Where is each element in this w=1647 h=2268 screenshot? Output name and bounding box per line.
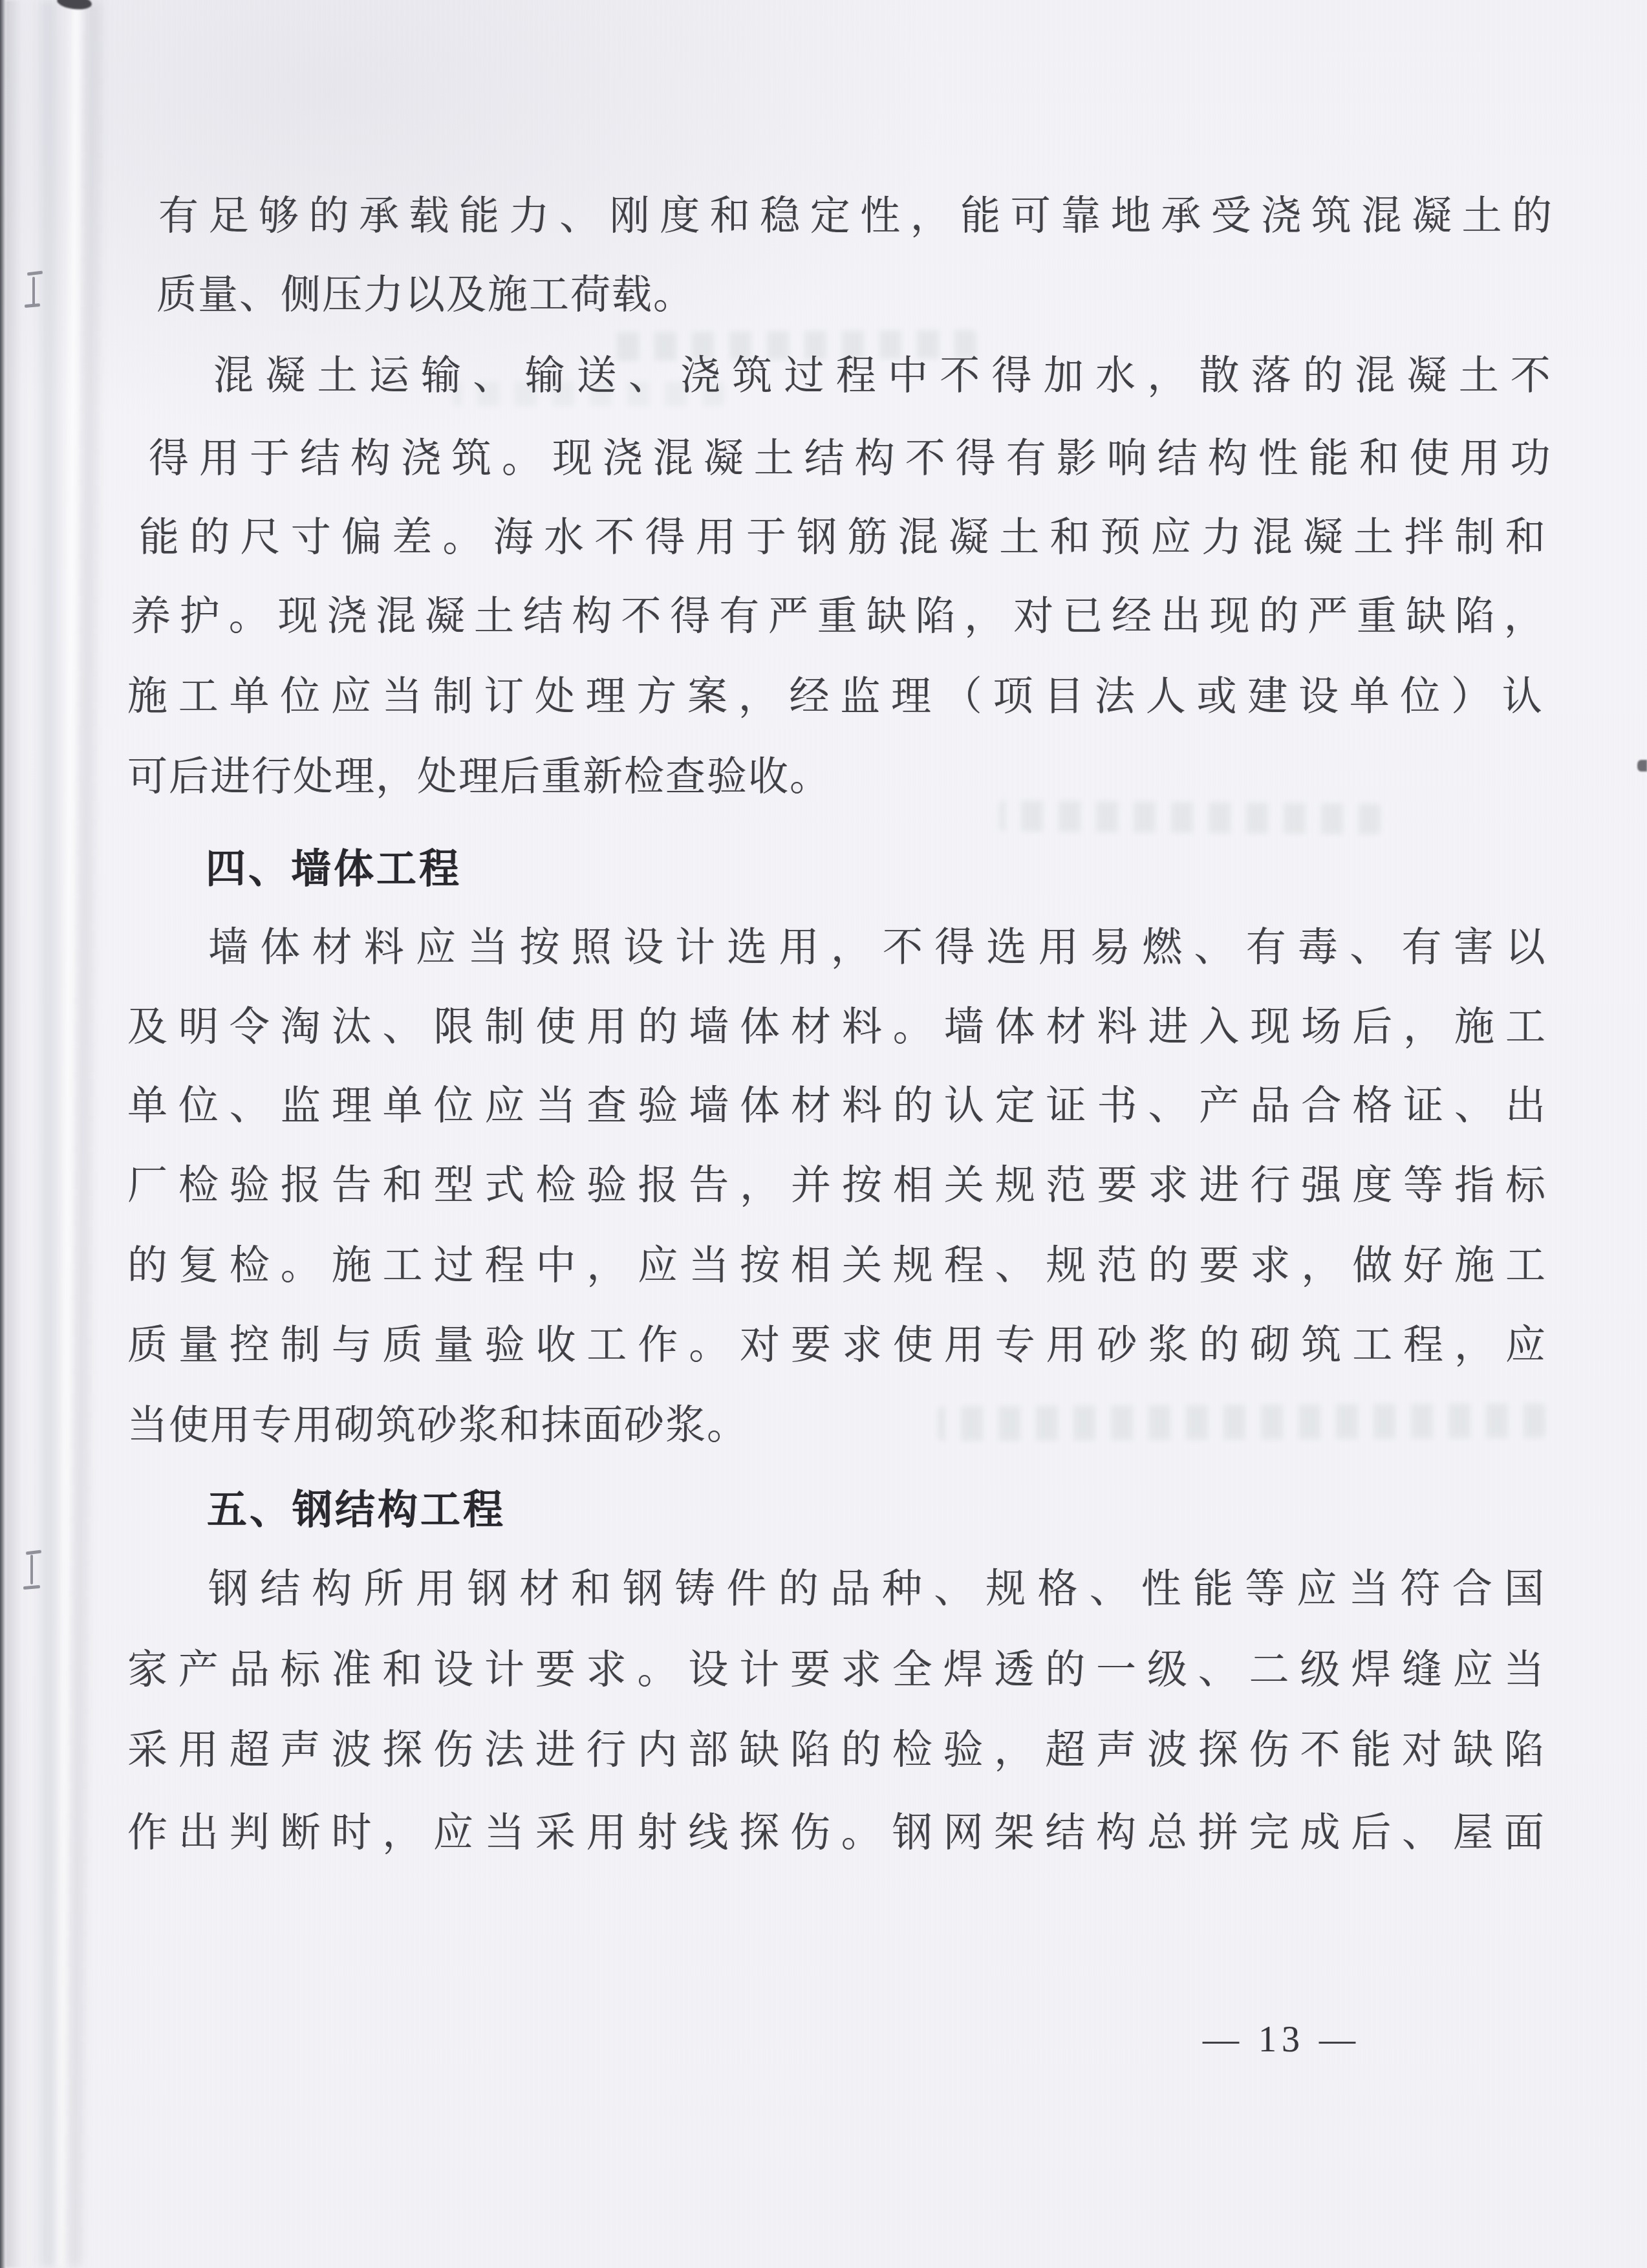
text-line: 墙体材料应当按照设计选用，不得选用易燃、有毒、有害以: [208, 927, 1545, 970]
text-line: 当使用专用砌筑砂浆和抹面砂浆。: [127, 1405, 748, 1448]
bleedthrough-smudge: [999, 800, 1381, 834]
text-line: 厂检验报告和型式检验报告，并按相关规范要求进行强度等指标: [127, 1165, 1545, 1208]
scan-edge-notch: [1637, 760, 1647, 772]
staple-mark: [32, 277, 35, 305]
text-line: 作出判断时，应当采用射线探伤。钢网架结构总拼完成后、屋面: [127, 1813, 1544, 1855]
text-line: 质量、侧压力以及施工荷载。: [156, 275, 694, 318]
text-line: 施工单位应当制订处理方案，经监理（项目法人或建设单位）认: [127, 676, 1542, 719]
bleedthrough-smudge: [938, 1403, 1545, 1442]
scan-edge-gradient: [5, 0, 35, 2268]
text-line: 能的尺寸偏差。海水不得用于钢筋混凝土和预应力混凝土拌制和: [139, 517, 1545, 560]
text-line: 养护。现浇混凝土结构不得有严重缺陷，对已经出现的严重缺陷，: [131, 596, 1544, 639]
text-line: 可后进行处理，处理后重新检查验收。: [127, 757, 831, 799]
paper-crease-shade: [34, 0, 63, 2268]
text-line: 钢结构所用钢材和钢铸件的品种、规格、性能等应当符合国: [208, 1569, 1544, 1612]
staple-mark: [30, 1555, 33, 1584]
text-line: 有足够的承载能力、刚度和稳定性，能可靠地承受浇筑混凝土的: [158, 196, 1552, 239]
text-line: 家产品标准和设计要求。设计要求全焊透的一级、二级焊缝应当: [127, 1650, 1544, 1692]
text-line: 的复检。施工过程中，应当按相关规程、规范的要求，做好施工: [127, 1246, 1545, 1288]
page-number: — 13 —: [1203, 2019, 1361, 2060]
text-line: 单位、监理单位应当查验墙体材料的认定证书、产品合格证、出: [127, 1086, 1545, 1129]
scanned-page: 有足够的承载能力、刚度和稳定性，能可靠地承受浇筑混凝土的 质量、侧压力以及施工荷…: [0, 0, 1647, 2268]
text-line: 混凝土运输、输送、浇筑过程中不得加水，散落的混凝土不: [213, 356, 1551, 398]
section-heading-wall-engineering: 四、墙体工程: [206, 848, 462, 891]
text-line: 得用于结构浇筑。现浇混凝土结构不得有影响结构性能和使用功: [149, 438, 1551, 481]
section-heading-steel-structure: 五、钢结构工程: [207, 1489, 506, 1532]
text-line: 采用超声波探伤法进行内部缺陷的检验，超声波探伤不能对缺陷: [127, 1730, 1544, 1773]
text-line: 质量控制与质量验收工作。对要求使用专用砂浆的砌筑工程，应: [127, 1325, 1545, 1368]
text-line: 及明令淘汰、限制使用的墙体材料。墙体材料进入现场后，施工: [127, 1007, 1545, 1050]
